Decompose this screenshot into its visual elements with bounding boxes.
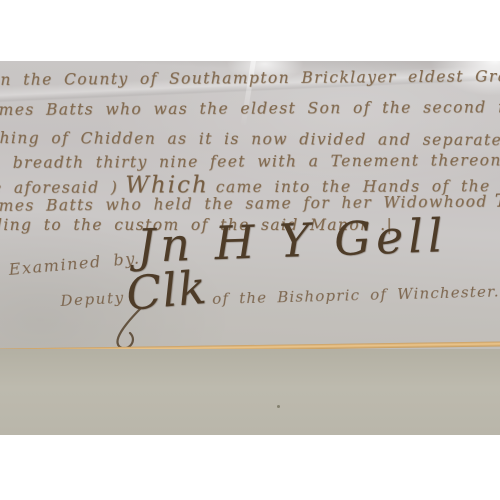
clerk-flourish	[104, 307, 164, 349]
examined-by-note: Examined by.	[8, 248, 141, 278]
manuscript-line: n breadth thirty nine feet with a Teneme…	[0, 151, 500, 172]
manuscript-line: ames Batts who was the eldest Son of the…	[0, 98, 500, 119]
mat-board	[0, 349, 500, 435]
manuscript-line: in the County of Southampton Bricklayer …	[0, 67, 500, 89]
dust-speck	[277, 405, 280, 408]
office-line: of the Bishopric of Winchester.	[212, 282, 500, 308]
letterbox-bottom	[0, 435, 500, 500]
emphasized-word: To hold	[495, 190, 500, 212]
manuscript-paper: in the County of Southampton Bricklayer …	[0, 61, 500, 349]
letterbox-top	[0, 0, 500, 61]
manuscript-line: thing of Chidden as it is now divided an…	[0, 129, 500, 150]
framed-document-photo: in the County of Southampton Bricklayer …	[0, 61, 500, 435]
